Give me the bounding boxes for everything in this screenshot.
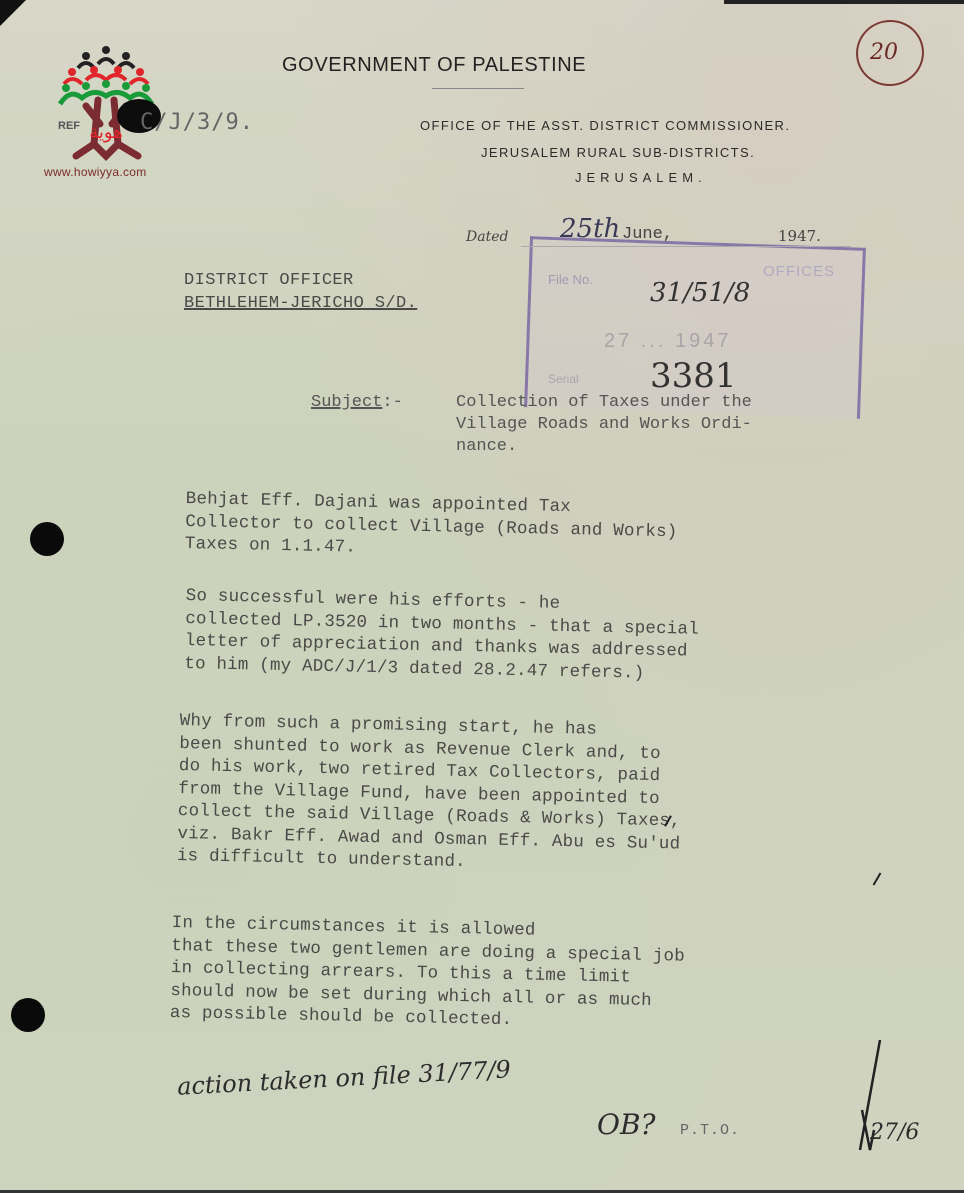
- letterhead-rule: [432, 88, 524, 89]
- dated-month: June,: [622, 225, 673, 244]
- scan-edge: [724, 0, 964, 4]
- signature-icon: [840, 1040, 930, 1180]
- body-paragraph: So successful were his efforts - he coll…: [184, 585, 699, 686]
- letterhead-government: GOVERNMENT OF PALESTINE: [282, 54, 586, 77]
- subject-text: Collection of Taxes under the Village Ro…: [456, 392, 896, 458]
- stamp-file-number: 31/51/8: [650, 278, 750, 308]
- stamp-ghost-text: OFFICES: [763, 263, 835, 280]
- office-line-2: JERUSALEM RURAL SUB-DISTRICTS.: [481, 145, 755, 160]
- signature-date: 27/6: [870, 1120, 919, 1145]
- dated-year: 1947.: [778, 227, 821, 245]
- punch-hole: [30, 522, 64, 556]
- pto-marker: P.T.O.: [680, 1122, 740, 1139]
- punch-hole: [11, 998, 45, 1032]
- subject: Subject:- Collection of Taxes under the …: [311, 392, 403, 414]
- addressee-line-2: BETHLEHEM-JERICHO S/D.: [184, 292, 417, 315]
- handwritten-note: action taken on file 31/77/9: [176, 1055, 511, 1100]
- stamp-serial-number: 3381: [650, 356, 737, 396]
- dated-day: 25th: [560, 214, 620, 244]
- dated-label: Dated: [466, 229, 508, 245]
- body-paragraph: In the circumstances it is allowed that …: [170, 912, 686, 1035]
- margin-tick-mark: [873, 872, 882, 885]
- office-line-3: JERUSALEM.: [575, 170, 707, 185]
- svg-text:هوية: هوية: [89, 122, 122, 143]
- folio-number: 20: [870, 40, 898, 65]
- page-corner-fold: [0, 0, 26, 26]
- subject-label: Subject: [311, 393, 382, 412]
- addressee: DISTRICT OFFICER BETHLEHEM-JERICHO S/D.: [184, 269, 417, 315]
- handwritten-initials: OB?: [597, 1108, 656, 1141]
- body-paragraph: Why from such a promising start, he has …: [177, 710, 683, 878]
- document-page: هوية www.howiyya.com GOVERNMENT OF PALES…: [0, 0, 964, 1193]
- dated-underline: [521, 246, 851, 247]
- office-line-1: OFFICE OF THE ASST. DISTRICT COMMISSIONE…: [420, 118, 790, 133]
- subject-separator: :-: [382, 393, 402, 412]
- stamp-file-label: File No.: [548, 272, 593, 287]
- body-paragraph: Behjat Eff. Dajani was appointed Tax Col…: [185, 488, 679, 566]
- stamp-serial-label: Serial: [548, 372, 579, 386]
- watermark-url: www.howiyya.com: [44, 165, 147, 179]
- stamp-received-date: 27 ... 1947: [604, 330, 732, 353]
- ref-label: REF: [58, 120, 80, 132]
- addressee-line-1: DISTRICT OFFICER: [184, 269, 417, 292]
- ref-value: C/J/3/9.: [140, 110, 254, 135]
